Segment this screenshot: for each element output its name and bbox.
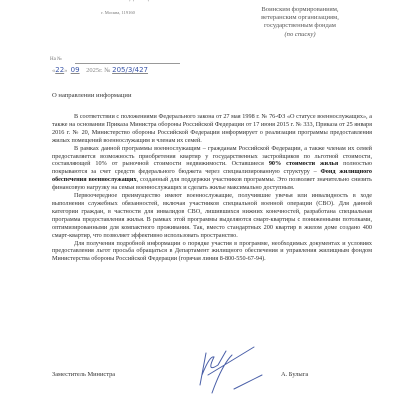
body-paragraph: В соответствии с положениями Федеральног…	[52, 113, 372, 145]
outgoing-reference: «22» 09 2025г. № 205/3/427	[52, 66, 148, 74]
reply-to-blank-line	[75, 63, 180, 64]
signer-title: Заместитель Министра	[52, 371, 115, 378]
letterhead-city: г. Москва, 119160	[58, 10, 178, 15]
body-paragraph: В рамках данной программы военнослужащим…	[52, 145, 372, 192]
letter-subject: О направлении информации	[52, 92, 131, 99]
emphasized-text: 90% стоимости жилья	[269, 160, 338, 167]
date-year: 2025г.	[86, 67, 103, 74]
paragraph-text: Первоочередное преимущество имеют военно…	[52, 192, 372, 239]
handwritten-signature-icon	[192, 345, 272, 400]
reply-to-label: На №	[50, 57, 62, 62]
letterhead-org: РОССИЙСКОЙ ФЕДЕРАЦИИ	[58, 0, 178, 2]
date-day: 22	[55, 66, 64, 74]
paragraph-text: В соответствии с положениями Федеральног…	[52, 113, 372, 144]
letter-page: РОССИЙСКОЙ ФЕДЕРАЦИИ г. Москва, 119160 В…	[0, 0, 400, 400]
paragraph-text: Для получения подробной информации о пор…	[52, 240, 372, 263]
outgoing-number: 205/3/427	[112, 66, 148, 74]
letter-body: В соответствии с положениями Федеральног…	[52, 113, 372, 263]
addressee-block: Воинским формированиям, ветеранским орга…	[230, 6, 370, 39]
body-paragraph: Для получения подробной информации о пор…	[52, 240, 372, 264]
number-label: №	[104, 67, 110, 74]
date-month: 09	[71, 66, 80, 74]
addressee-line: государственным фондам	[230, 22, 370, 30]
addressee-note: (по списку)	[230, 31, 370, 39]
signer-name: А. Булыга	[281, 371, 308, 378]
addressee-line: ветеранским организациям,	[230, 14, 370, 22]
addressee-line: Воинским формированиям,	[230, 6, 370, 14]
body-paragraph: Первоочередное преимущество имеют военно…	[52, 192, 372, 239]
